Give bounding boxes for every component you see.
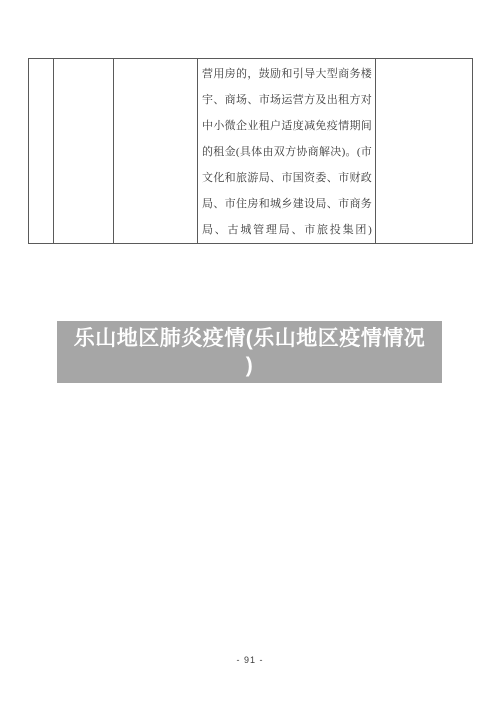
measures-text-line: 宇、商场、市场运营方及出租方对: [202, 87, 372, 113]
article-title-line: 乐山地区肺炎疫情(乐山地区疫情情况: [74, 325, 426, 352]
article-title-line: ): [246, 352, 254, 379]
table-cell-category: [54, 59, 114, 244]
table-cell-remarks: [376, 59, 473, 244]
page-number: - 91 -: [0, 655, 500, 665]
measures-text: 营用房的，鼓励和引导大型商务楼 宇、商场、市场运营方及出租方对 中小微企业租户适…: [198, 59, 375, 243]
measures-text-line: 的租金(具体由双方协商解决)。(市: [202, 139, 372, 165]
table-cell-index: [29, 59, 54, 244]
table-row: 营用房的，鼓励和引导大型商务楼 宇、商场、市场运营方及出租方对 中小微企业租户适…: [29, 59, 473, 244]
article-title-banner: 乐山地区肺炎疫情(乐山地区疫情情况 ): [57, 321, 442, 383]
measures-text-line: 营用房的，鼓励和引导大型商务楼: [202, 61, 372, 87]
measures-text-line: 中小微企业租户适度减免疫情期间: [202, 113, 372, 139]
measures-text-line: 文化和旅游局、市国资委、市财政: [202, 165, 372, 191]
measures-text-line: 局、市住房和城乡建设局、市商务: [202, 191, 372, 217]
measures-text-line: 局、古城管理局、市旅投集团): [202, 217, 372, 243]
document-page: 营用房的，鼓励和引导大型商务楼 宇、商场、市场运营方及出租方对 中小微企业租户适…: [0, 0, 500, 707]
table-cell-measures: 营用房的，鼓励和引导大型商务楼 宇、商场、市场运营方及出租方对 中小微企业租户适…: [198, 59, 376, 244]
policy-table: 营用房的，鼓励和引导大型商务楼 宇、商场、市场运营方及出租方对 中小微企业租户适…: [28, 58, 473, 244]
table-cell-item: [114, 59, 198, 244]
